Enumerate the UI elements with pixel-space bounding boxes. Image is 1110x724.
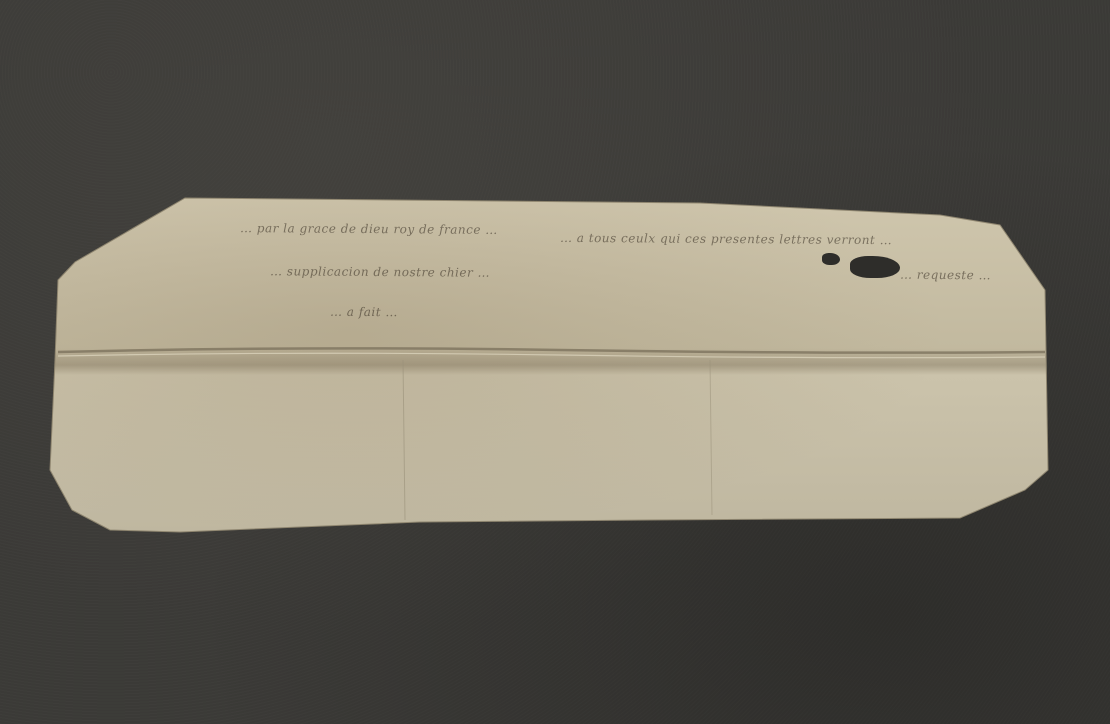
- script-line: … supplicacion de nostre chier …: [270, 264, 490, 280]
- script-line: … par la grace de dieu roy de france …: [240, 221, 498, 237]
- script-line: … requeste …: [900, 268, 991, 283]
- parchment-document: … par la grace de dieu roy de france … ……: [0, 0, 1110, 724]
- parchment-hole: [850, 256, 900, 278]
- parchment-hole: [822, 253, 840, 265]
- script-line: … a fait …: [330, 305, 398, 319]
- script-line: … a tous ceulx qui ces presentes lettres…: [560, 231, 892, 247]
- parchment-shape: [0, 0, 1110, 724]
